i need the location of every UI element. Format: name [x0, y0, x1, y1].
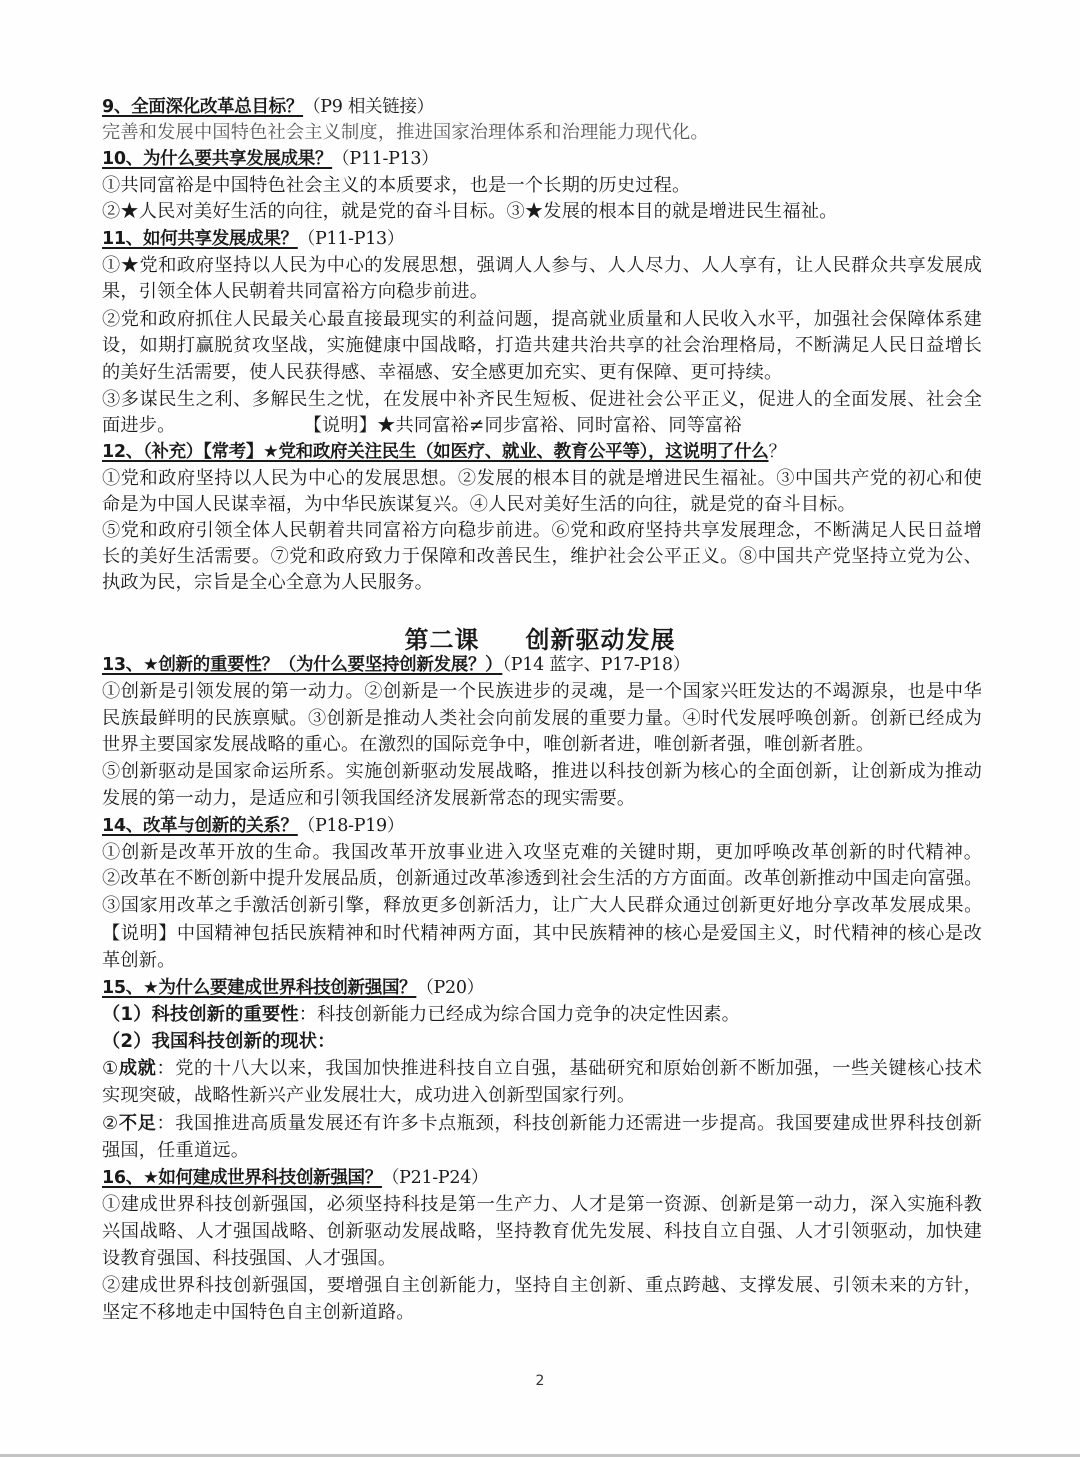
- question-heading-15: 15、★为什么要建成世界科技创新强国？（P20）: [102, 975, 982, 1001]
- question-mark: ？: [769, 442, 786, 462]
- answer-line: 发展的第一动力，是适应和引领我国经济发展新常态的现实需要。: [102, 786, 982, 812]
- answer-line: ①成就：党的十八大以来，我国加快推进科技自立自强，基础研究和原始创新不断加强，一…: [102, 1056, 982, 1082]
- subheading-status: （2）我国科技创新的现状：: [102, 1029, 982, 1055]
- answer-line: 【说明】中国精神包括民族精神和时代精神两方面，其中民族精神的核心是爱国主义，时代…: [102, 921, 982, 947]
- question-text: 15、★为什么要建成世界科技创新强国？: [102, 978, 416, 998]
- answer-line: ⑤创新驱动是国家命运所系。实施创新驱动发展战略，推进以科技创新为核心的全面创新，…: [102, 759, 982, 785]
- page-reference: （P11-P13）: [332, 149, 438, 169]
- question-heading-13: 13、★创新的重要性？（为什么要坚持创新发展？）（P14 蓝字、P17-P18）: [102, 652, 982, 678]
- note-text: 【说明】★共同富裕≠同步富裕、同时富裕、同等富裕: [304, 415, 742, 436]
- answer-line: ③多谋民生之利、多解民生之忧，在发展中补齐民生短板、促进社会公平正义，促进人的全…: [102, 387, 982, 413]
- answer-text: 面进步。: [102, 415, 176, 436]
- answer-line: 面进步。【说明】★共同富裕≠同步富裕、同时富裕、同等富裕: [102, 413, 982, 439]
- item-text: ：我国推进高质量发展还有许多卡点瓶颈，科技创新能力还需进一步提高。我国要建成世界…: [156, 1113, 982, 1134]
- answer-line: ①建成世界科技创新强国，必须坚持科技是第一生产力、人才是第一资源、创新是第一动力…: [102, 1192, 982, 1218]
- question-heading-12: 12、（补充）【常考】★党和政府关注民生（如医疗、就业、教育公平等），这说明了什…: [102, 439, 982, 465]
- answer-line: 设教育强国、科技强国、人才强国。: [102, 1246, 982, 1272]
- answer-line: ②不足：我国推进高质量发展还有许多卡点瓶颈，科技创新能力还需进一步提高。我国要建…: [102, 1111, 982, 1137]
- question-heading-10: 10、为什么要共享发展成果？（P11-P13）: [102, 146, 982, 172]
- question-text: 10、为什么要共享发展成果？: [102, 149, 332, 169]
- page-number: 2: [0, 1373, 1080, 1389]
- item-marker: ①: [102, 1058, 119, 1079]
- question-heading-9: 9、全面深化改革总目标？（P9 相关链接）: [102, 94, 982, 120]
- answer-line: 革创新。: [102, 948, 982, 974]
- lesson-name: 创新驱动发展: [526, 626, 676, 654]
- lesson-title: 第二课创新驱动发展: [0, 620, 1080, 655]
- answer-line: 实现突破，战略性新兴产业发展壮大，成功进入创新型国家行列。: [102, 1083, 982, 1109]
- answer-line: 果，引领全体人民朝着共同富裕方向稳步前进。: [102, 279, 982, 305]
- answer-line: 命是为中国人民谋幸福，为中华民族谋复兴。④人民对美好生活的向往，就是党的奋斗目标…: [102, 492, 982, 518]
- subheading-text: ：科技创新能力已经成为综合国力竞争的决定性因素。: [299, 1004, 740, 1025]
- question-heading-16: 16、★如何建成世界科技创新强国？（P21-P24）: [102, 1165, 982, 1191]
- question-text: 13、★创新的重要性？（为什么要坚持创新发展？）: [102, 655, 502, 675]
- answer-line: 坚定不移地走中国特色自主创新道路。: [102, 1300, 982, 1326]
- answer-line: 执政为民，宗旨是全心全意为人民服务。: [102, 570, 982, 596]
- question-text: 11、如何共享发展成果？: [102, 229, 298, 249]
- question-heading-11: 11、如何共享发展成果？（P11-P13）: [102, 226, 982, 252]
- answer-line: ①共同富裕是中国特色社会主义的本质要求，也是一个长期的历史过程。: [102, 173, 982, 199]
- answer-line: ②★人民对美好生活的向往，就是党的奋斗目标。③★发展的根本目的就是增进民生福祉。: [102, 199, 982, 225]
- page-reference: （P21-P24）: [382, 1168, 488, 1188]
- answer-line: 的美好生活需要，使人民获得感、幸福感、安全感更加充实、更有保障、更可持续。: [102, 360, 982, 386]
- page-reference: （P20）: [416, 978, 484, 998]
- answer-line: ③国家用改革之手激活创新引擎，释放更多创新活力，让广大人民群众通过创新更好地分享…: [102, 893, 982, 919]
- answer-line: ⑤党和政府引领全体人民朝着共同富裕方向稳步前进。⑥党和政府坚持共享发展理念，不断…: [102, 518, 982, 544]
- answer-line: ②改革在不断创新中提升发展品质，创新通过改革渗透到社会生活的方方面面。改革创新推…: [102, 866, 982, 892]
- item-marker: ②: [102, 1113, 119, 1134]
- page-reference: （P9 相关链接）: [303, 97, 434, 117]
- lesson-number: 第二课: [405, 626, 480, 654]
- question-heading-14: 14、改革与创新的关系？（P18-P19）: [102, 813, 982, 839]
- item-text: ：党的十八大以来，我国加快推进科技自立自强，基础研究和原始创新不断加强，一些关键…: [156, 1058, 982, 1079]
- question-text: 12、（补充）【常考】★党和政府关注民生（如医疗、就业、教育公平等），这说明了什…: [102, 442, 769, 462]
- answer-line: 民族最鲜明的民族禀赋。③创新是推动人类社会向前发展的重要力量。④时代发展呼唤创新…: [102, 706, 982, 732]
- answer-line: 世界主要国家发展战略的重心。在激烈的国际竞争中，唯创新者进，唯创新者强，唯创新者…: [102, 732, 982, 758]
- answer-line: ①党和政府坚持以人民为中心的发展思想。②发展的根本目的就是增进民生福祉。③中国共…: [102, 466, 982, 492]
- question-text: 16、★如何建成世界科技创新强国？: [102, 1168, 382, 1188]
- page-reference: （P14 蓝字、P17-P18）: [502, 655, 690, 675]
- item-label: 成就: [119, 1058, 157, 1079]
- page-reference: （P18-P19）: [298, 816, 404, 836]
- answer-line: ②党和政府抓住人民最关心最直接最现实的利益问题，提高就业质量和人民收入水平，加强…: [102, 307, 982, 333]
- answer-line: 兴国战略、人才强国战略、创新驱动发展战略，坚持教育优先发展、科技自立自强、人才引…: [102, 1219, 982, 1245]
- answer-line: ①★党和政府坚持以人民为中心的发展思想，强调人人参与、人人尽力、人人享有，让人民…: [102, 253, 982, 279]
- subheading-label: （1）科技创新的重要性: [102, 1004, 299, 1025]
- answer-line: ①创新是引领发展的第一动力。②创新是一个民族进步的灵魂，是一个国家兴旺发达的不竭…: [102, 679, 982, 705]
- subheading-importance: （1）科技创新的重要性：科技创新能力已经成为综合国力竞争的决定性因素。: [102, 1002, 982, 1028]
- answer-line: 强国，任重道远。: [102, 1138, 982, 1164]
- answer-line: ①创新是改革开放的生命。我国改革开放事业进入攻坚克难的关键时期，更加呼唤改革创新…: [102, 840, 982, 866]
- answer-line: ②建成世界科技创新强国，要增强自主创新能力，坚持自主创新、重点跨越、支撑发展、引…: [102, 1273, 982, 1299]
- answer-line: 设，如期打赢脱贫攻坚战，实施健康中国战略，打造共建共治共享的社会治理格局，不断满…: [102, 333, 982, 359]
- answer-line: 完善和发展中国特色社会主义制度，推进国家治理体系和治理能力现代化。: [102, 120, 982, 146]
- item-label: 不足: [119, 1113, 157, 1134]
- page-reference: （P11-P13）: [298, 229, 404, 249]
- answer-line: 长的美好生活需要。⑦党和政府致力于保障和改善民生，维护社会公平正义。⑧中国共产党…: [102, 544, 982, 570]
- question-text: 14、改革与创新的关系？: [102, 816, 298, 836]
- question-text: 9、全面深化改革总目标？: [102, 97, 303, 117]
